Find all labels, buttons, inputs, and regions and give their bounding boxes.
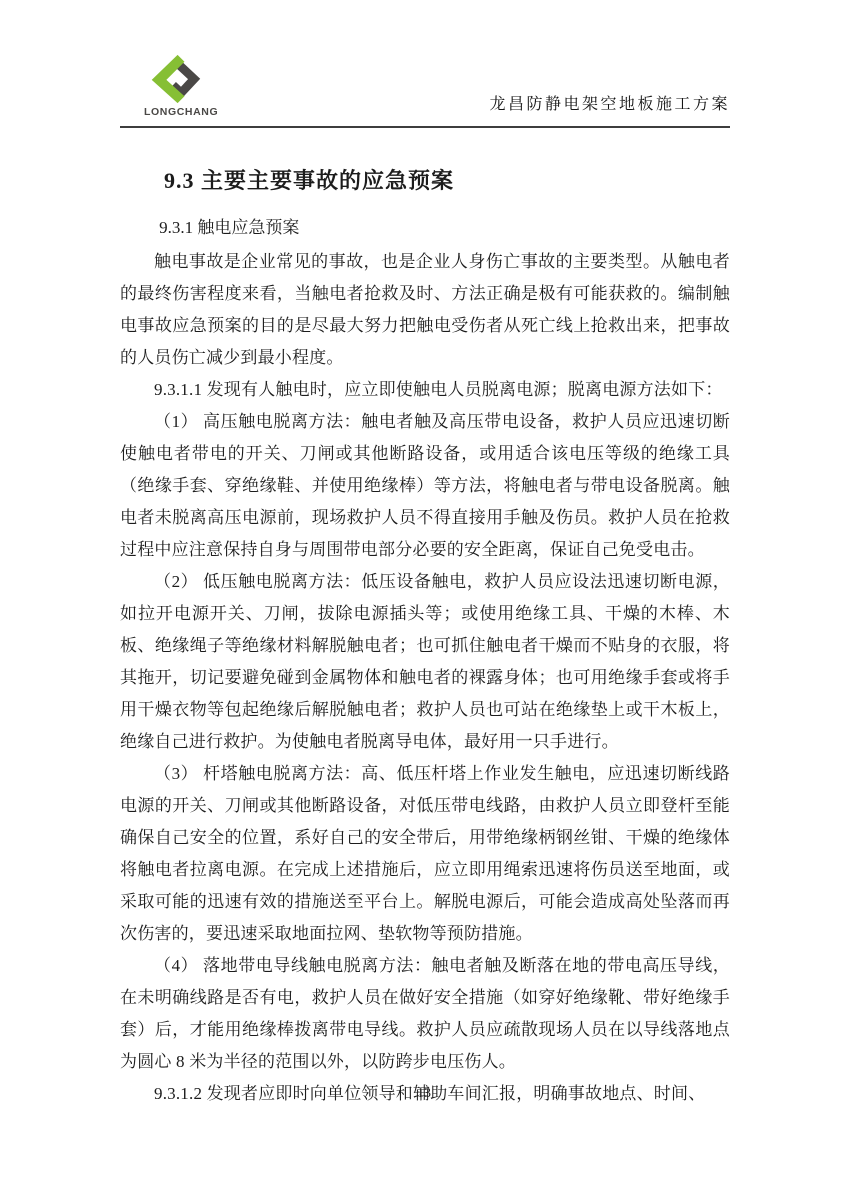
paragraph-item-1: （1） 高压触电脱离方法：触电者触及高压带电设备，救护人员应迅速切断使触电者带电…: [120, 406, 730, 566]
header-row: LONGCHANG 龙昌防静电架空地板施工方案: [120, 0, 730, 126]
section-heading: 9.3 主要主要事故的应急预案: [120, 164, 730, 195]
document-page: LONGCHANG 龙昌防静电架空地板施工方案 9.3 主要主要事故的应急预案 …: [0, 0, 848, 1200]
paragraph-item-2: （2） 低压触电脱离方法：低压设备触电，救护人员应设法迅速切断电源，如拉开电源开…: [120, 566, 730, 758]
longchang-logo-icon: [147, 54, 203, 104]
document-body: 9.3 主要主要事故的应急预案 9.3.1 触电应急预案 触电事故是企业常见的事…: [120, 130, 730, 1110]
page-number: 13: [417, 1086, 431, 1101]
header-doc-title: 龙昌防静电架空地板施工方案: [489, 91, 730, 118]
header-divider: [120, 126, 730, 128]
paragraph-item-4: （4） 落地带电导线触电脱离方法：触电者触及断落在地的带电高压导线，在未明确线路…: [120, 950, 730, 1078]
page-footer: 13: [0, 1084, 848, 1102]
longchang-logo: LONGCHANG: [144, 54, 218, 118]
subsection-heading: 9.3.1 触电应急预案: [120, 213, 730, 238]
paragraph-intro: 触电事故是企业常见的事故，也是企业人身伤亡事故的主要类型。从触电者的最终伤害程度…: [120, 246, 730, 374]
paragraph-9311: 9.3.1.1 发现有人触电时，应立即使触电人员脱离电源；脱离电源方法如下：: [120, 374, 730, 406]
longchang-logo-text: LONGCHANG: [144, 106, 218, 118]
page-header: LONGCHANG 龙昌防静电架空地板施工方案: [120, 0, 730, 128]
paragraph-item-3: （3） 杆塔触电脱离方法：高、低压杆塔上作业发生触电，应迅速切断线路电源的开关、…: [120, 758, 730, 950]
